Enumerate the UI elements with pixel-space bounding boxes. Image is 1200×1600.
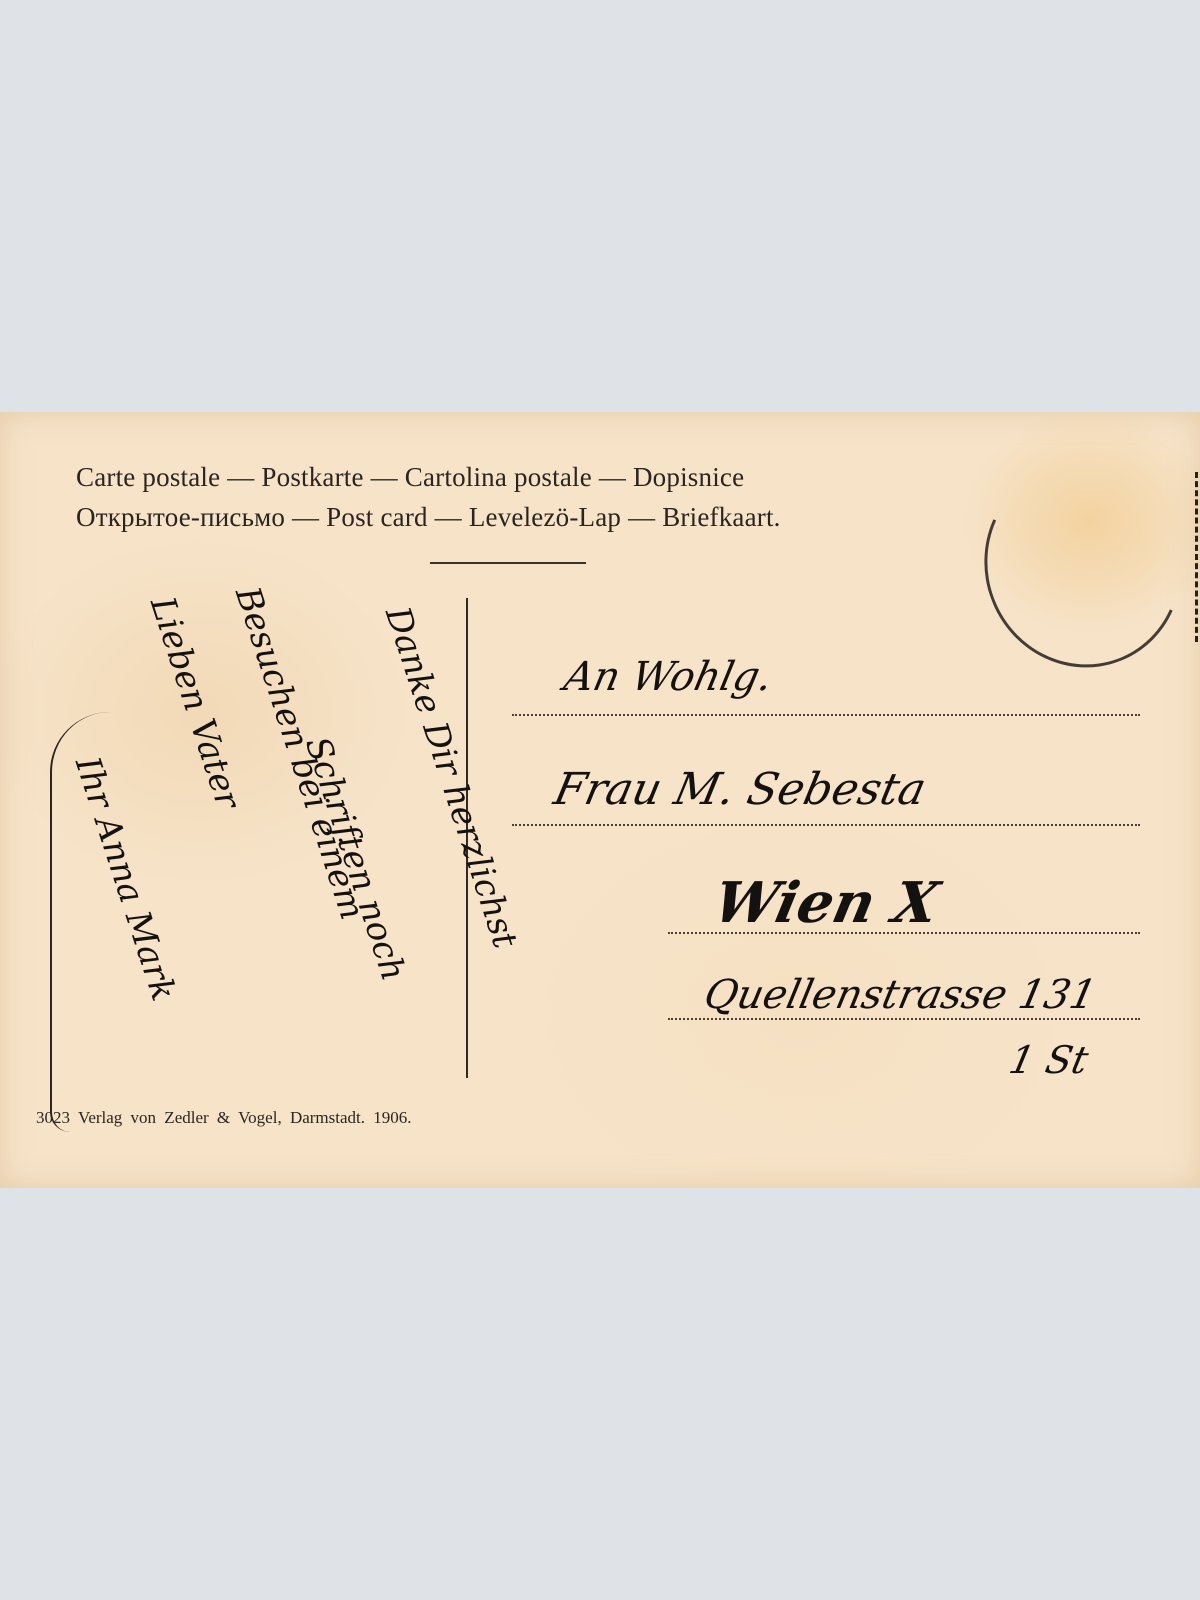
address-recipient: Frau M. Sebesta bbox=[550, 764, 931, 815]
address-floor: 1 St bbox=[1005, 1038, 1092, 1082]
pen-flourish bbox=[50, 712, 112, 1132]
handwritten-message: Danke Dir herzlichst Schriften noch Besu… bbox=[70, 572, 450, 1172]
postmark-edge-icon bbox=[1185, 472, 1198, 642]
postcard: Carte postale — Postkarte — Cartolina po… bbox=[0, 412, 1200, 1188]
address-rule-4 bbox=[668, 1018, 1140, 1020]
header-languages-line-2: Открытое-письмо — Post card — Levelezö-L… bbox=[76, 502, 781, 533]
address-city: Wien X bbox=[708, 870, 944, 936]
address-rule-3 bbox=[668, 932, 1140, 934]
publisher-imprint: 3023 Verlag von Zedler & Vogel, Darmstad… bbox=[36, 1108, 412, 1128]
header-rule bbox=[430, 562, 586, 564]
address-rule-2 bbox=[512, 824, 1140, 826]
message-line: Lieben Vater bbox=[142, 592, 248, 814]
address-street: Quellenstrasse 131 bbox=[700, 972, 1100, 1018]
message-line: Besuchen bei einem bbox=[227, 582, 372, 924]
header-languages-line-1: Carte postale — Postkarte — Cartolina po… bbox=[76, 462, 744, 493]
message-line: Danke Dir herzlichst bbox=[377, 602, 525, 953]
address-rule-1 bbox=[512, 714, 1140, 716]
address-salutation: An Wohlg. bbox=[560, 654, 776, 700]
